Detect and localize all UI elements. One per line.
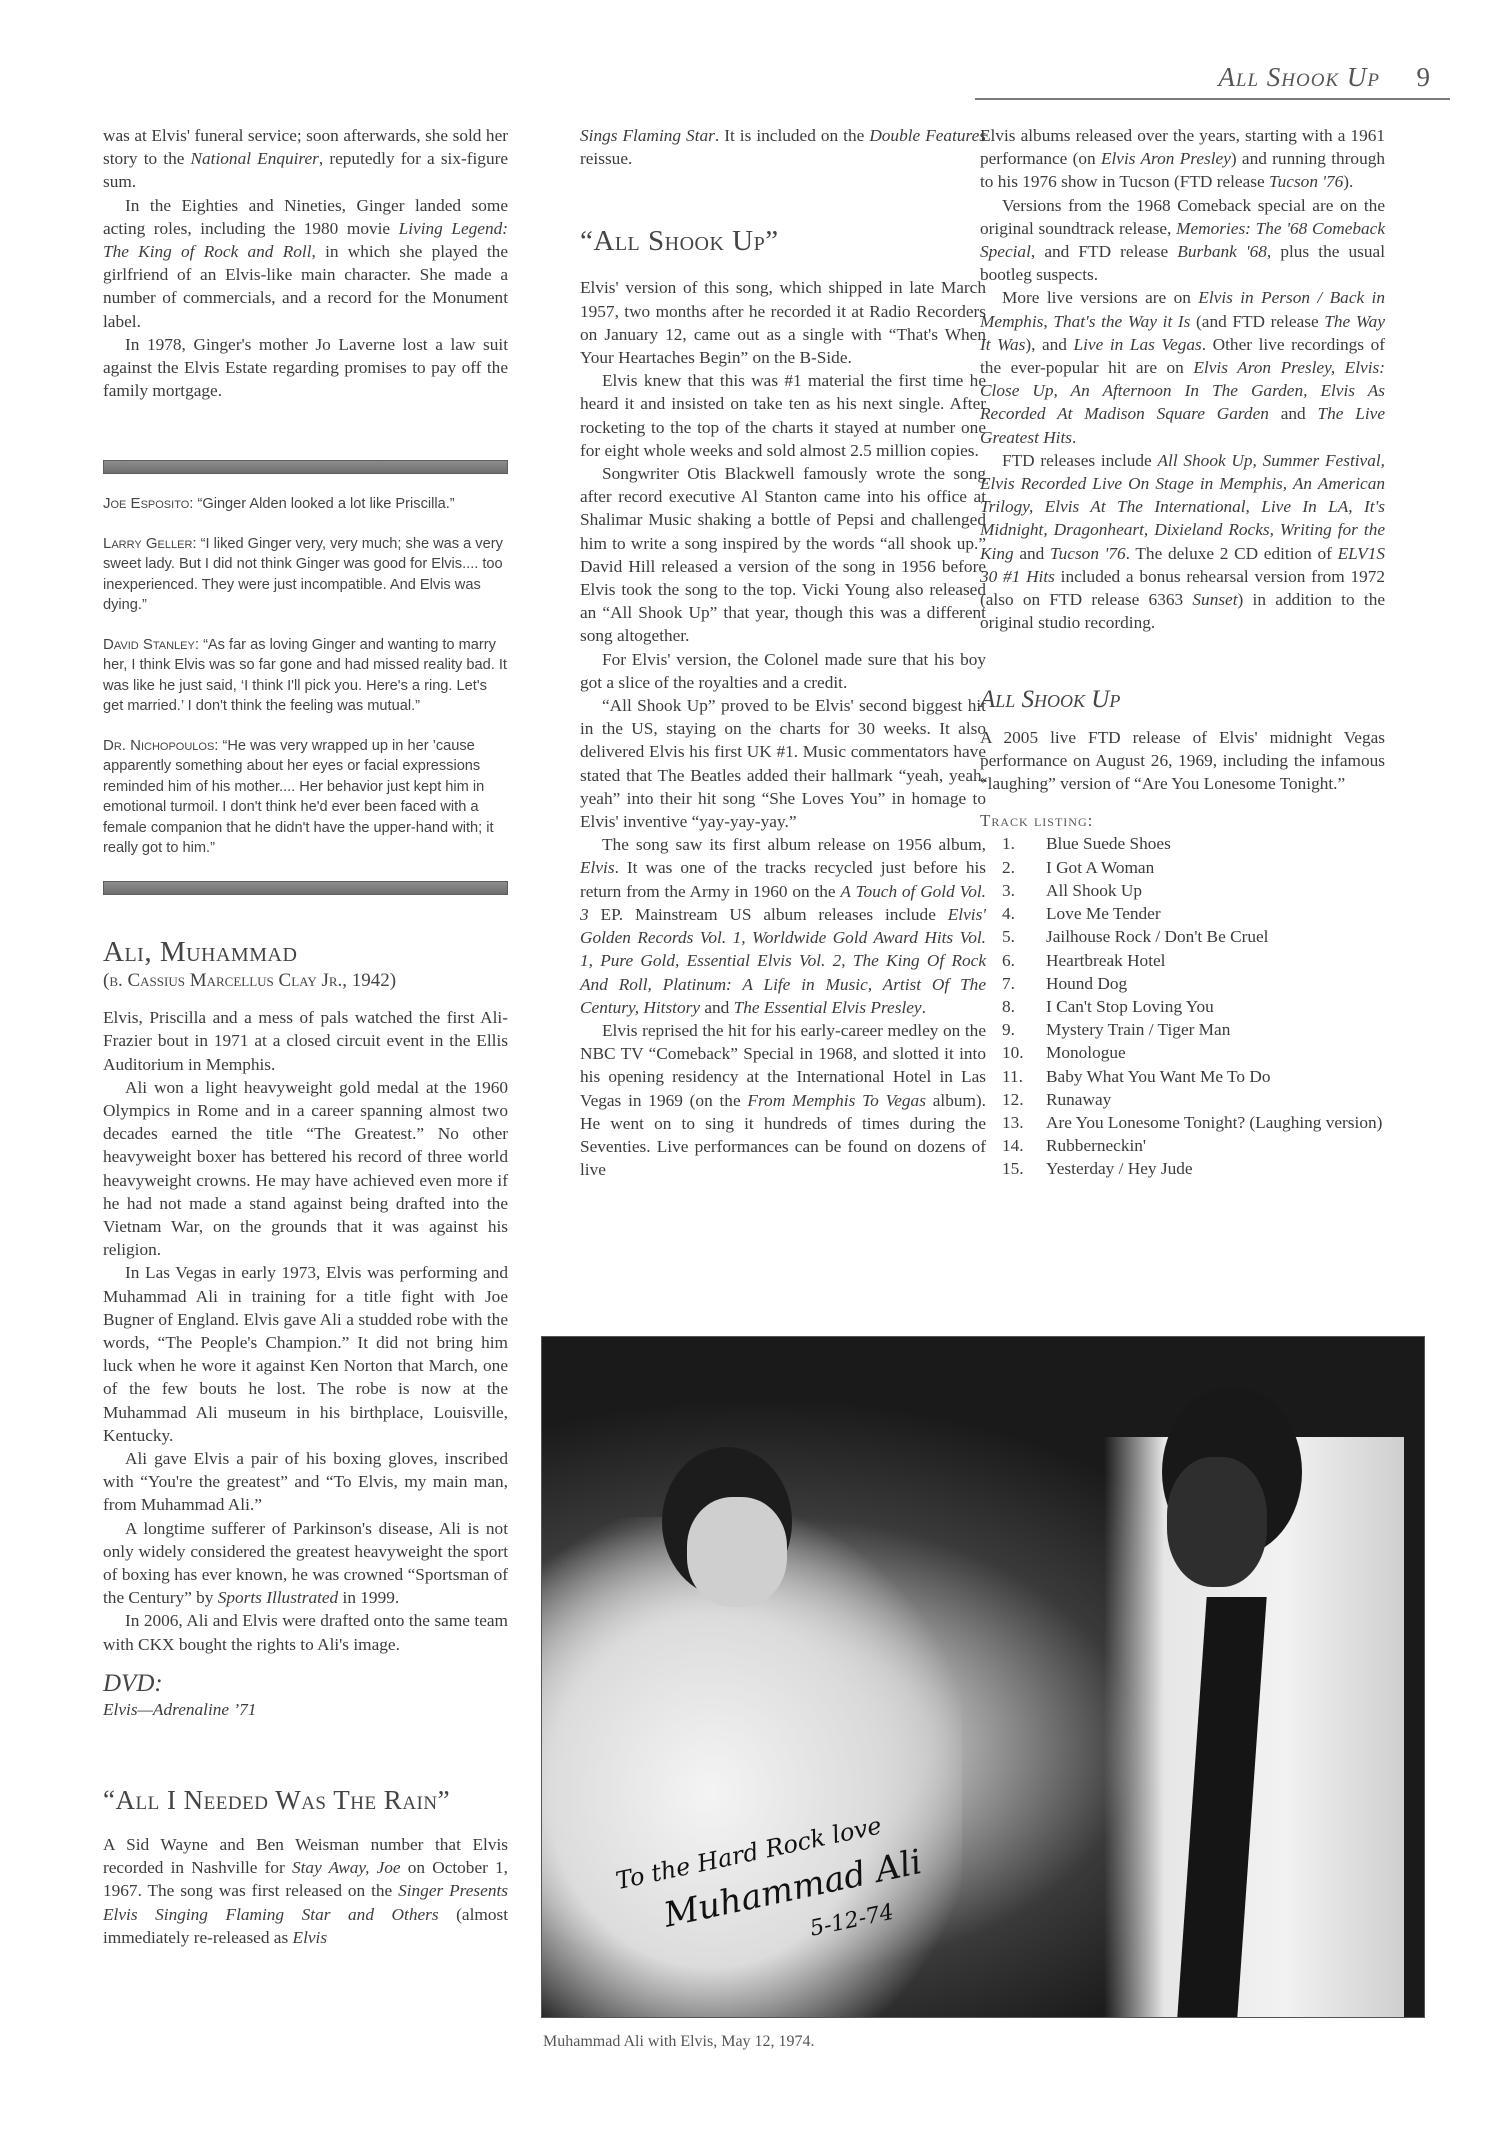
- column-left: was at Elvis' funeral service; soon afte…: [103, 124, 508, 1949]
- asu-paragraph-6: The song saw its first album release on …: [580, 833, 986, 1019]
- asu-paragraph-continued: Elvis albums released over the years, st…: [980, 124, 1385, 194]
- ginger-paragraph-3: In 1978, Ginger's mother Jo Laverne lost…: [103, 333, 508, 403]
- track-item: 9.Mystery Train / Tiger Man: [980, 1018, 1385, 1041]
- ginger-paragraph-1: was at Elvis' funeral service; soon afte…: [103, 124, 508, 194]
- track-item: 3.All Shook Up: [980, 879, 1385, 902]
- asu-paragraph-7: Elvis reprised the hit for his early-car…: [580, 1019, 986, 1181]
- running-head: All Shook Up 9: [975, 58, 1450, 100]
- track-item: 8.I Can't Stop Loving You: [980, 995, 1385, 1018]
- asu-paragraph-5: “All Shook Up” proved to be Elvis' secon…: [580, 694, 986, 833]
- asu-paragraph-9: More live versions are on Elvis in Perso…: [980, 286, 1385, 448]
- quote-esposito: Joe Esposito: “Ginger Alden looked a lot…: [103, 494, 508, 515]
- column-middle: Sings Flaming Star. It is included on th…: [580, 124, 986, 1181]
- ginger-paragraph-2: In the Eighties and Nineties, Ginger lan…: [103, 194, 508, 333]
- asu-paragraph-1: Elvis' version of this song, which shipp…: [580, 276, 986, 369]
- column-right: Elvis albums released over the years, st…: [980, 124, 1385, 1181]
- quote-nichopoulos: Dr. Nichopoulos: “He was very wrapped up…: [103, 736, 508, 859]
- rain-paragraph-1: A Sid Wayne and Ben Weisman number that …: [103, 1833, 508, 1949]
- photo-elvis-face: [687, 1497, 787, 1607]
- quote-geller: Larry Geller: “I liked Ginger very, very…: [103, 534, 508, 616]
- rain-paragraph-continued: Sings Flaming Star. It is included on th…: [580, 124, 986, 170]
- dvd-title: Elvis—Adrenaline ’71: [103, 1698, 508, 1721]
- track-item: 6.Heartbreak Hotel: [980, 949, 1385, 972]
- asu-paragraph-2: Elvis knew that this was #1 material the…: [580, 369, 986, 462]
- track-item: 10.Monologue: [980, 1041, 1385, 1064]
- asu-paragraph-3: Songwriter Otis Blackwell famously wrote…: [580, 462, 986, 648]
- photo-caption: Muhammad Ali with Elvis, May 12, 1974.: [543, 2033, 815, 2051]
- entry-subtitle-ali: (b. Cassius Marcellus Clay Jr., 1942): [103, 969, 508, 992]
- ali-paragraph-1: Elvis, Priscilla and a mess of pals watc…: [103, 1006, 508, 1076]
- track-item: 4.Love Me Tender: [980, 902, 1385, 925]
- track-listing-heading: Track listing:: [980, 809, 1385, 832]
- photo-ali-elvis: To the Hard Rock love Muhammad Ali 5-12-…: [541, 1336, 1425, 2018]
- track-item: 7.Hound Dog: [980, 972, 1385, 995]
- track-item: 12.Runaway: [980, 1088, 1385, 1111]
- asu-paragraph-10: FTD releases include All Shook Up, Summe…: [980, 449, 1385, 635]
- quote-stanley: David Stanley: “As far as loving Ginger …: [103, 635, 508, 717]
- album-description: A 2005 live FTD release of Elvis' midnig…: [980, 726, 1385, 796]
- asu-paragraph-8: Versions from the 1968 Comeback special …: [980, 194, 1385, 287]
- photo-ali-face: [1167, 1457, 1267, 1587]
- ali-paragraph-4: Ali gave Elvis a pair of his boxing glov…: [103, 1447, 508, 1517]
- ali-paragraph-5: A longtime sufferer of Parkinson's disea…: [103, 1517, 508, 1610]
- running-head-title: All Shook Up: [1218, 62, 1380, 93]
- track-item: 1.Blue Suede Shoes: [980, 832, 1385, 855]
- ali-paragraph-6: In 2006, Ali and Elvis were drafted onto…: [103, 1609, 508, 1655]
- quote-box-bottom-rule: [103, 881, 508, 895]
- quote-box-top-rule: [103, 460, 508, 474]
- page-number: 9: [1417, 62, 1431, 93]
- entry-title-all-shook-up: “All Shook Up”: [580, 224, 986, 258]
- quote-box: Joe Esposito: “Ginger Alden looked a lot…: [103, 474, 508, 859]
- track-item: 14.Rubberneckin': [980, 1134, 1385, 1157]
- track-list: 1.Blue Suede Shoes 2.I Got A Woman 3.All…: [980, 832, 1385, 1180]
- asu-paragraph-4: For Elvis' version, the Colonel made sur…: [580, 648, 986, 694]
- track-item: 13.Are You Lonesome Tonight? (Laughing v…: [980, 1111, 1385, 1134]
- album-title-all-shook-up: All Shook Up: [980, 688, 1385, 711]
- track-item: 5.Jailhouse Rock / Don't Be Cruel: [980, 925, 1385, 948]
- ali-paragraph-2: Ali won a light heavyweight gold medal a…: [103, 1076, 508, 1262]
- dvd-label: DVD:: [103, 1670, 508, 1698]
- entry-title-ali: Ali, Muhammad: [103, 935, 508, 969]
- ali-paragraph-3: In Las Vegas in early 1973, Elvis was pe…: [103, 1261, 508, 1447]
- track-item: 2.I Got A Woman: [980, 856, 1385, 879]
- track-item: 11.Baby What You Want Me To Do: [980, 1065, 1385, 1088]
- entry-title-all-i-needed: “All I Needed Was The Rain”: [103, 1783, 508, 1817]
- track-item: 15.Yesterday / Hey Jude: [980, 1157, 1385, 1180]
